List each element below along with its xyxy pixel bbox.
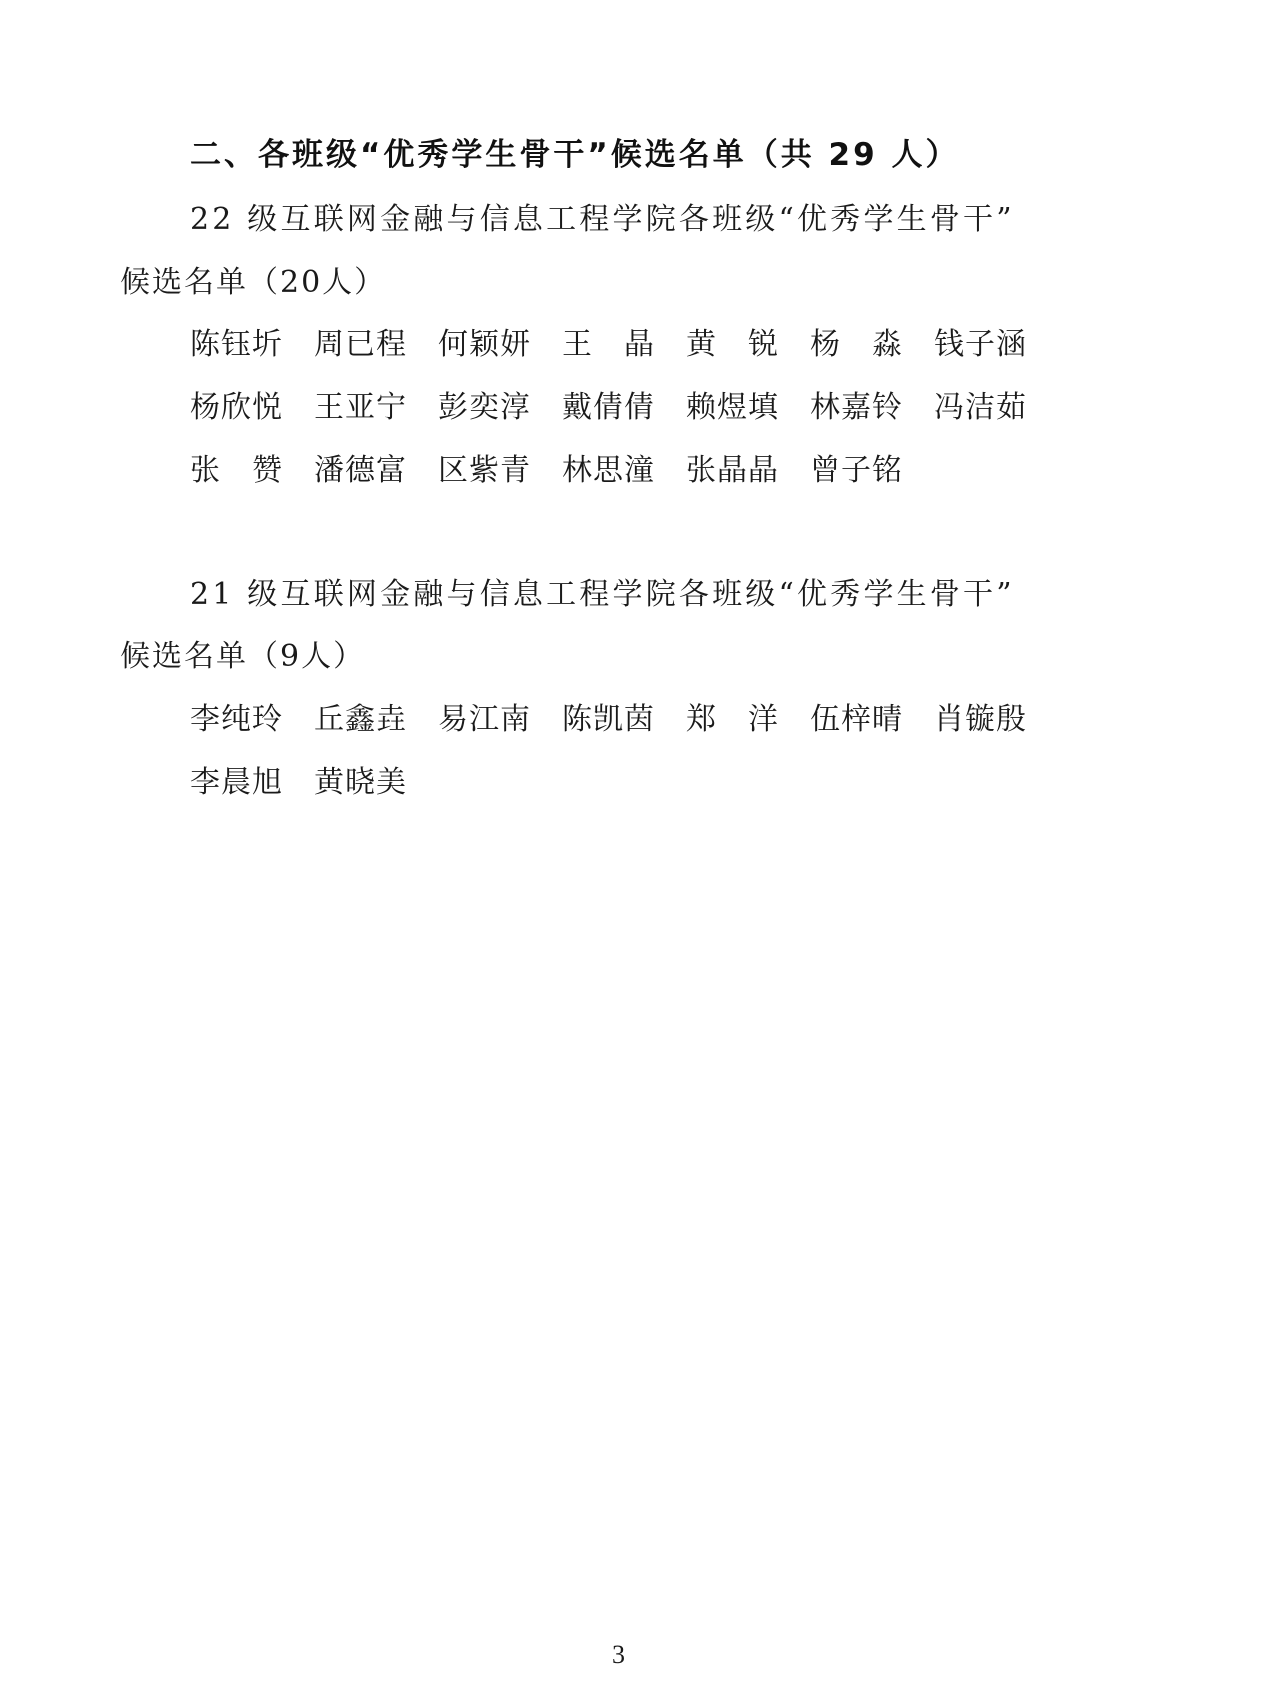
candidate-name: 郑 洋 (686, 700, 810, 740)
page-number: 3 (612, 1640, 625, 1670)
candidate-name: 伍梓晴 (810, 700, 934, 740)
candidate-name: 黄 锐 (686, 325, 810, 365)
candidate-name: 林思潼 (562, 451, 686, 491)
section-21-intro: 21 级互联网金融与信息工程学院各班级“优秀学生骨干” (190, 575, 1015, 615)
name-row: 杨欣悦 王亚宁 彭奕淳 戴倩倩 赖煜填 林嘉铃 冯洁茹 (190, 388, 1058, 428)
name-row: 陈钰圻 周已程 何颖妍 王 晶 黄 锐 杨 淼 钱子涵 (190, 325, 1058, 365)
candidate-name: 易江南 (438, 700, 562, 740)
section-heading: 二、各班级“优秀学生骨干”候选名单（共 29 人） (190, 134, 959, 176)
candidate-name: 潘德富 (314, 451, 438, 491)
candidate-name: 黄晓美 (314, 763, 438, 803)
name-row: 张 赞 潘德富 区紫青 林思潼 张晶晶 曾子铭 (190, 451, 934, 491)
candidate-name: 冯洁茹 (934, 388, 1058, 428)
candidate-name: 王 晶 (562, 325, 686, 365)
name-row: 李晨旭 黄晓美 (190, 763, 438, 803)
candidate-name: 陈钰圻 (190, 325, 314, 365)
candidate-name: 丘鑫垚 (314, 700, 438, 740)
name-row: 李纯玲 丘鑫垚 易江南 陈凯茵 郑 洋 伍梓晴 肖镟殷 (190, 700, 1058, 740)
candidate-name: 肖镟殷 (934, 700, 1058, 740)
candidate-name: 钱子涵 (934, 325, 1058, 365)
candidate-name: 王亚宁 (314, 388, 438, 428)
candidate-name: 张 赞 (190, 451, 314, 491)
candidate-name: 张晶晶 (686, 451, 810, 491)
candidate-name: 林嘉铃 (810, 388, 934, 428)
section-22-intro: 22 级互联网金融与信息工程学院各班级“优秀学生骨干” (190, 200, 1015, 240)
candidate-name: 区紫青 (438, 451, 562, 491)
candidate-name: 杨 淼 (810, 325, 934, 365)
candidate-name: 戴倩倩 (562, 388, 686, 428)
candidate-name: 周已程 (314, 325, 438, 365)
candidate-name: 何颖妍 (438, 325, 562, 365)
candidate-name: 陈凯茵 (562, 700, 686, 740)
candidate-name: 彭奕淳 (438, 388, 562, 428)
section-21-intro-cont: 候选名单（9人） (120, 637, 365, 677)
candidate-name: 赖煜填 (686, 388, 810, 428)
section-22-intro-cont: 候选名单（20人） (120, 263, 386, 303)
candidate-name: 曾子铭 (810, 451, 934, 491)
candidate-name: 李纯玲 (190, 700, 314, 740)
candidate-name: 杨欣悦 (190, 388, 314, 428)
candidate-name: 李晨旭 (190, 763, 314, 803)
